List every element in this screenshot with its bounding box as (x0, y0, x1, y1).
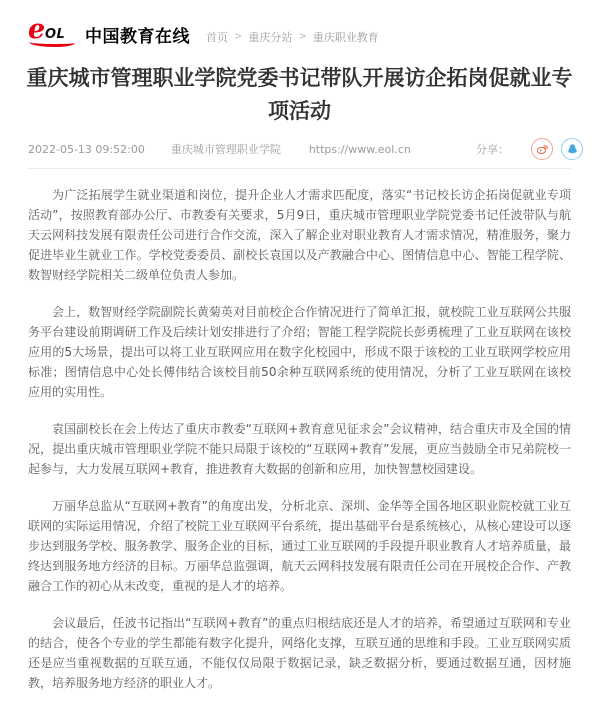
breadcrumb-separator: > (298, 31, 306, 42)
publish-datetime: 2022-05-13 09:52:00 (28, 143, 145, 156)
breadcrumb-separator: > (234, 31, 242, 42)
article-source: 重庆城市管理职业学院 (171, 141, 281, 157)
paragraph-1: 为广泛拓展学生就业渠道和岗位，提升企业人才需求匹配度，落实“书记校长访企拓岗促就… (28, 185, 571, 285)
site-header: e OL 中国教育在线 首页 > 重庆分站 > 重庆职业教育 (0, 0, 599, 52)
eol-logo-swoosh (29, 38, 75, 47)
paragraph-3: 袁国副校长在会上传达了重庆市教委“互联网+教育意见征求会”会议精神，结合重庆市及… (28, 419, 571, 479)
paragraph-5: 会议最后，任波书记指出“互联网+教育”的重点归根结底还是人才的培养，希望通过互联… (28, 613, 571, 693)
paragraph-2: 会上，数智财经学院副院长黄菊英对目前校企合作情况进行了简单汇报，就校院工业互联网… (28, 302, 571, 402)
breadcrumb-home[interactable]: 首页 (206, 29, 228, 45)
site-logo[interactable]: e OL 中国教育在线 (28, 19, 190, 49)
meta-divider (28, 168, 571, 169)
share-weibo-button[interactable] (531, 138, 553, 160)
weibo-icon (536, 143, 549, 156)
site-name: 中国教育在线 (85, 22, 190, 47)
source-url-link[interactable]: https://www.eol.cn (309, 143, 411, 156)
share-qq-button[interactable] (561, 138, 583, 160)
article-meta: 2022-05-13 09:52:00 重庆城市管理职业学院 https://w… (28, 138, 583, 160)
article-title: 重庆城市管理职业学院党委书记带队开展访企拓岗促就业专项活动 (26, 62, 573, 128)
share-label: 分享： (476, 141, 509, 157)
qq-icon (566, 143, 579, 156)
paragraph-4: 万丽华总监从“互联网+教育”的角度出发，分析北京、深圳、金华等全国各地区职业院校… (28, 496, 571, 596)
article-page: e OL 中国教育在线 首页 > 重庆分站 > 重庆职业教育 重庆城市管理职业学… (0, 0, 599, 693)
breadcrumb-vocational-education[interactable]: 重庆职业教育 (313, 29, 379, 45)
eol-logo-icon: e OL (28, 19, 76, 49)
article-body: 为广泛拓展学生就业渠道和岗位，提升企业人才需求匹配度，落实“书记校长访企拓岗促就… (28, 185, 571, 693)
breadcrumb-chongqing-station[interactable]: 重庆分站 (248, 29, 292, 45)
breadcrumb: 首页 > 重庆分站 > 重庆职业教育 (206, 29, 379, 45)
